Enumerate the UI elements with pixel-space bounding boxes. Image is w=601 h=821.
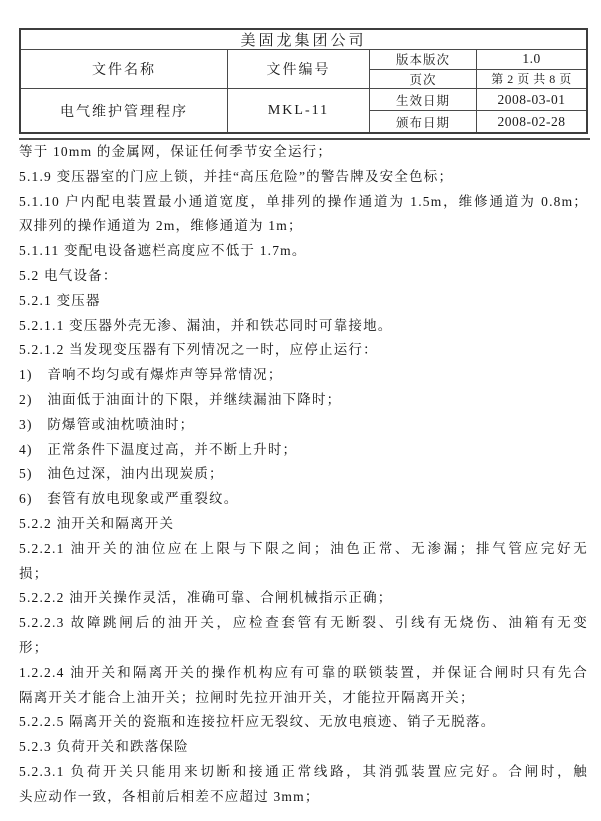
paragraph: 5.2.2 油开关和隔离开关 [19, 512, 588, 537]
text-line: 2) 油面低于油面计的下限，并继续漏油下降时； [19, 388, 588, 413]
text-line: 1) 音响不均匀或有爆炸声等异常情况； [19, 363, 588, 388]
page-label: 页次 [370, 70, 477, 89]
paragraph: 4) 正常条件下温度过高，并不断上升时； [19, 438, 588, 463]
paragraph: 5.2.1.2 当发现变压器有下列情况之一时，应停止运行： [19, 338, 588, 363]
doc-meta-row-1: 文件名称 文件编号 版本版次 1.0 页次 第 2 页 共 8 页 [21, 50, 586, 89]
text-line: 4) 正常条件下温度过高，并不断上升时； [19, 438, 588, 463]
document-header-table: 美固龙集团公司 文件名称 文件编号 版本版次 1.0 页次 第 2 页 共 8 … [19, 28, 588, 134]
effective-date-label: 生效日期 [370, 89, 477, 110]
text-line: 5) 油色过深，油内出现炭质； [19, 462, 588, 487]
text-line: 5.2.1.1 变压器外壳无渗、漏油，并和铁芯同时可靠接地。 [19, 314, 588, 339]
doc-meta-row-2: 电气维护管理程序 MKL-11 生效日期 2008-03-01 颁布日期 200… [21, 89, 586, 132]
document-page: 美固龙集团公司 文件名称 文件编号 版本版次 1.0 页次 第 2 页 共 8 … [0, 0, 601, 821]
doc-no-label: 文件编号 [228, 50, 370, 88]
text-line: 损； [19, 562, 588, 587]
version-page-group: 版本版次 1.0 页次 第 2 页 共 8 页 [370, 50, 586, 88]
text-line: 5.1.9 变压器室的门应上锁，并挂“高压危险”的警告牌及安全色标； [19, 165, 588, 190]
paragraph: 1) 音响不均匀或有爆炸声等异常情况； [19, 363, 588, 388]
doc-name-value: 电气维护管理程序 [21, 89, 228, 132]
text-line: 5.2.3 负荷开关和跌落保险 [19, 735, 588, 760]
text-line: 双排列的操作通道为 2m，维修通道为 1m； [19, 214, 588, 239]
text-line: 形； [19, 636, 588, 661]
text-line: 5.2.2.1 油开关的油位应在上限与下限之间；油色正常、无渗漏；排气管应完好无 [19, 537, 588, 562]
text-line: 5.2.2.5 隔离开关的瓷瓶和连接拉杆应无裂纹、无放电痕迹、销子无脱落。 [19, 710, 588, 735]
text-line: 5.2.2.3 故障跳闸后的油开关，应检查套管有无断裂、引线有无烧伤、油箱有无变 [19, 611, 588, 636]
paragraph: 5) 油色过深，油内出现炭质； [19, 462, 588, 487]
text-line: 5.2.3.1 负荷开关只能用来切断和接通正常线路，其消弧装置应完好。合闸时，触 [19, 760, 588, 785]
paragraph: 5.1.9 变压器室的门应上锁，并挂“高压危险”的警告牌及安全色标； [19, 165, 588, 190]
paragraph: 5.2.3 负荷开关和跌落保险 [19, 735, 588, 760]
paragraph: 5.2.2.2 油开关操作灵活，准确可靠、合闸机械指示正确； [19, 586, 588, 611]
text-line: 5.1.10 户内配电装置最小通道宽度，单排列的操作通道为 1.5m，维修通道为… [19, 190, 588, 215]
paragraph: 5.2.1 变压器 [19, 289, 588, 314]
paragraph: 5.2.2.1 油开关的油位应在上限与下限之间；油色正常、无渗漏；排气管应完好无… [19, 537, 588, 587]
paragraph: 1.2.2.4 油开关和隔离开关的操作机构应有可靠的联锁装置，并保证合闸时只有先… [19, 661, 588, 711]
paragraph: 6) 套管有放电现象或严重裂纹。 [19, 487, 588, 512]
issue-date-label: 颁布日期 [370, 111, 477, 132]
paragraph: 2) 油面低于油面计的下限，并继续漏油下降时； [19, 388, 588, 413]
doc-no-value: MKL-11 [228, 89, 370, 132]
version-label: 版本版次 [370, 50, 477, 69]
text-line: 5.2.1 变压器 [19, 289, 588, 314]
effective-date-value: 2008-03-01 [477, 89, 586, 110]
text-line: 5.2 电气设备： [19, 264, 588, 289]
paragraph: 5.1.11 变配电设备遮栏高度应不低于 1.7m。 [19, 239, 588, 264]
page-value: 第 2 页 共 8 页 [477, 70, 586, 89]
paragraph: 5.2.2.3 故障跳闸后的油开关，应检查套管有无断裂、引线有无烧伤、油箱有无变… [19, 611, 588, 661]
page-row: 页次 第 2 页 共 8 页 [370, 70, 586, 89]
paragraph: 5.1.10 户内配电装置最小通道宽度，单排列的操作通道为 1.5m，维修通道为… [19, 190, 588, 240]
text-line: 等于 10mm 的金属网，保证任何季节安全运行； [19, 140, 588, 165]
text-line: 5.2.2.2 油开关操作灵活，准确可靠、合闸机械指示正确； [19, 586, 588, 611]
text-line: 5.2.2 油开关和隔离开关 [19, 512, 588, 537]
text-line: 6) 套管有放电现象或严重裂纹。 [19, 487, 588, 512]
issue-date-row: 颁布日期 2008-02-28 [370, 111, 586, 132]
text-line: 头应动作一致，各相前后相差不应超过 3mm； [19, 785, 588, 810]
paragraph: 等于 10mm 的金属网，保证任何季节安全运行； [19, 140, 588, 165]
company-title-row: 美固龙集团公司 [21, 30, 586, 50]
dates-group: 生效日期 2008-03-01 颁布日期 2008-02-28 [370, 89, 586, 132]
paragraph: 5.2.3.1 负荷开关只能用来切断和接通正常线路，其消弧装置应完好。合闸时，触… [19, 760, 588, 810]
effective-date-row: 生效日期 2008-03-01 [370, 89, 586, 111]
paragraph: 3) 防爆管或油枕喷油时； [19, 413, 588, 438]
text-line: 5.1.11 变配电设备遮栏高度应不低于 1.7m。 [19, 239, 588, 264]
text-line: 隔离开关才能合上油开关；拉闸时先拉开油开关，才能拉开隔离开关； [19, 686, 588, 711]
issue-date-value: 2008-02-28 [477, 111, 586, 132]
version-row: 版本版次 1.0 [370, 50, 586, 70]
paragraph: 5.2 电气设备： [19, 264, 588, 289]
doc-name-label: 文件名称 [21, 50, 228, 88]
version-value: 1.0 [477, 50, 586, 69]
company-name: 美固龙集团公司 [240, 29, 366, 50]
paragraph: 5.2.2.5 隔离开关的瓷瓶和连接拉杆应无裂纹、无放电痕迹、销子无脱落。 [19, 710, 588, 735]
document-body: 等于 10mm 的金属网，保证任何季节安全运行；5.1.9 变压器室的门应上锁，… [19, 140, 588, 810]
paragraph: 5.2.1.1 变压器外壳无渗、漏油，并和铁芯同时可靠接地。 [19, 314, 588, 339]
text-line: 1.2.2.4 油开关和隔离开关的操作机构应有可靠的联锁装置，并保证合闸时只有先… [19, 661, 588, 686]
text-line: 5.2.1.2 当发现变压器有下列情况之一时，应停止运行： [19, 338, 588, 363]
text-line: 3) 防爆管或油枕喷油时； [19, 413, 588, 438]
